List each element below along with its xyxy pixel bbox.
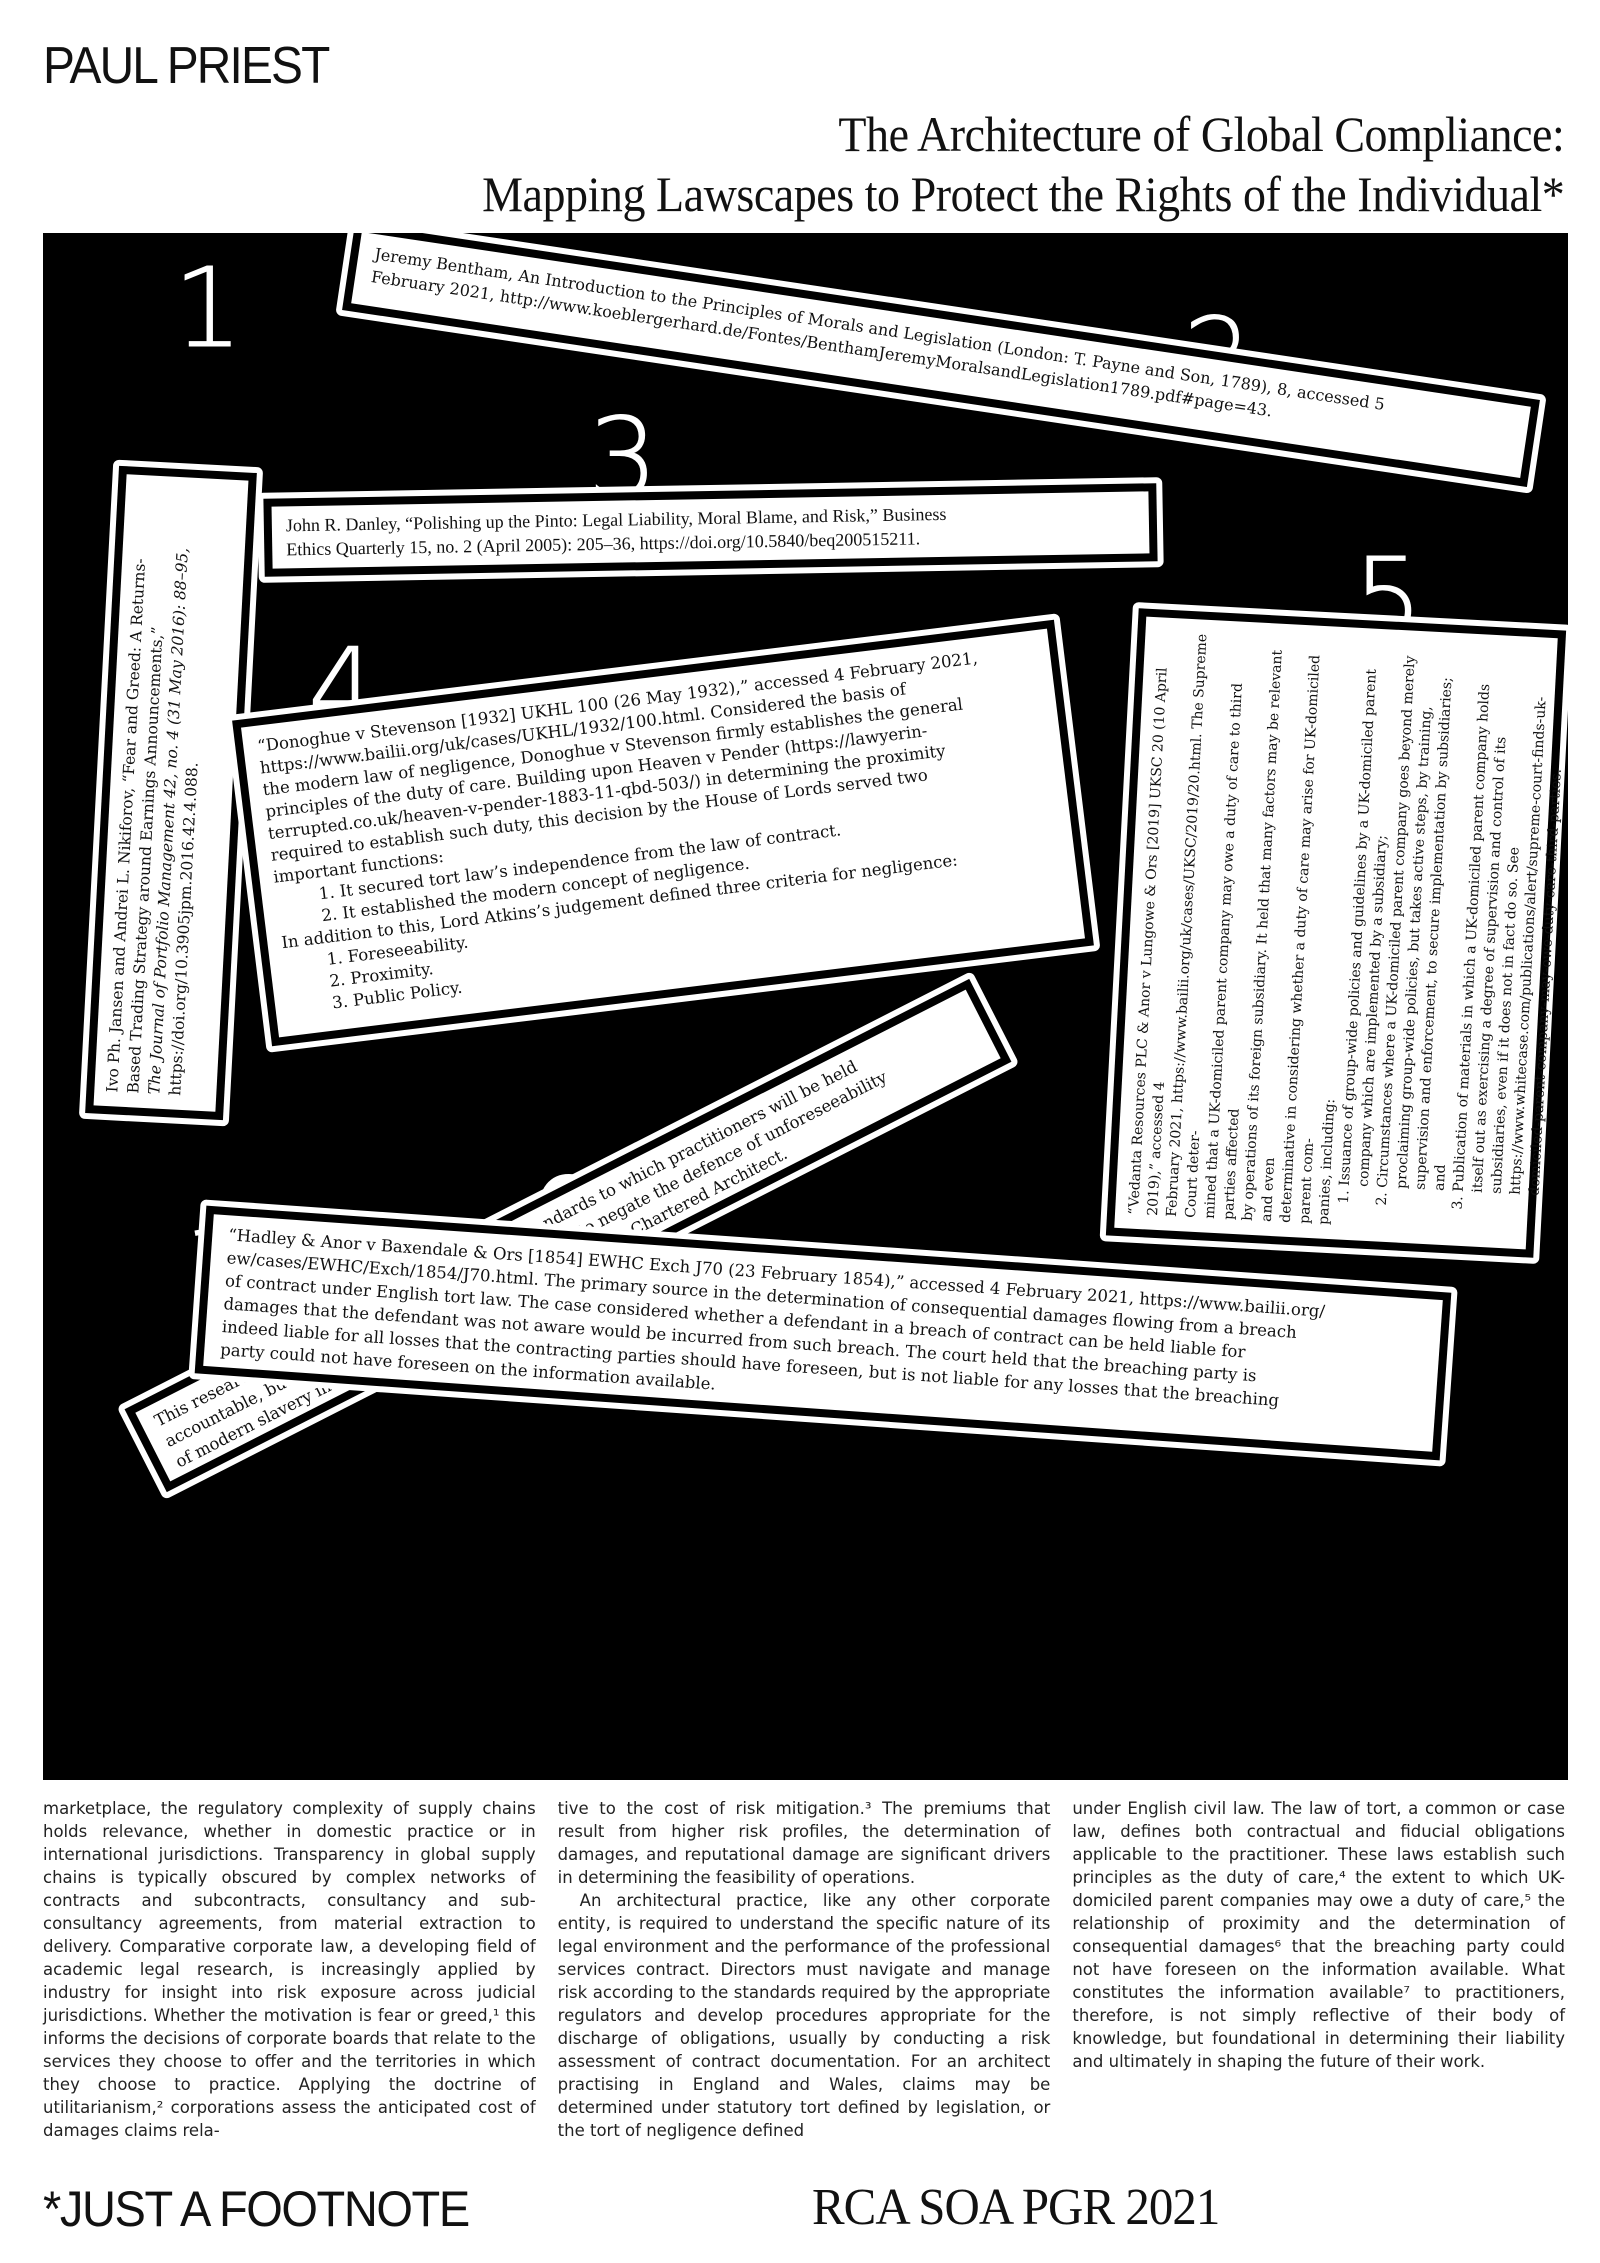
footnote-panel: 1 2 3 4 5 6 7 Ivo Ph. Jansen and Andrei …	[43, 233, 1568, 1780]
footnote-2-line: Jeremy Bentham, An Introduction to the P…	[373, 242, 1514, 435]
body-column-3: under English civil law. The law of tort…	[1072, 1797, 1565, 2142]
body-column-2: tive to the cost of risk mitigation.³ Th…	[558, 1797, 1051, 2142]
body-column-1: marketplace, the regulatory complexity o…	[43, 1797, 536, 2142]
body-paragraph: An architectural practice, like any othe…	[558, 1889, 1051, 2142]
title-line-2: Mapping Lawscapes to Protect the Rights …	[482, 164, 1564, 224]
footer-series-label: *JUST A FOOTNOTE	[43, 2180, 469, 2238]
footnote-2-line: February 2021, http://www.koeblergerhard…	[370, 265, 1511, 458]
footnote-2: Jeremy Bentham, An Introduction to the P…	[335, 233, 1546, 494]
body-paragraph: under English civil law. The law of tort…	[1072, 1797, 1565, 2073]
numeral-1: 1	[173, 253, 243, 363]
page-title: The Architecture of Global Compliance: M…	[482, 104, 1564, 224]
body-paragraph: tive to the cost of risk mitigation.³ Th…	[558, 1797, 1051, 1889]
footnote-5: “Vedanta Resources PLC & Anor v Lungowe …	[1100, 602, 1568, 1264]
author-name: PAUL PRIEST	[43, 36, 328, 96]
body-text: marketplace, the regulatory complexity o…	[43, 1797, 1565, 2142]
body-paragraph: marketplace, the regulatory complexity o…	[43, 1797, 536, 2142]
title-line-1: The Architecture of Global Compliance:	[482, 104, 1564, 164]
footnote-3: John R. Danley, “Polishing up the Pinto:…	[257, 477, 1163, 583]
footer-publication-label: RCA SOA PGR 2021	[812, 2178, 1219, 2237]
